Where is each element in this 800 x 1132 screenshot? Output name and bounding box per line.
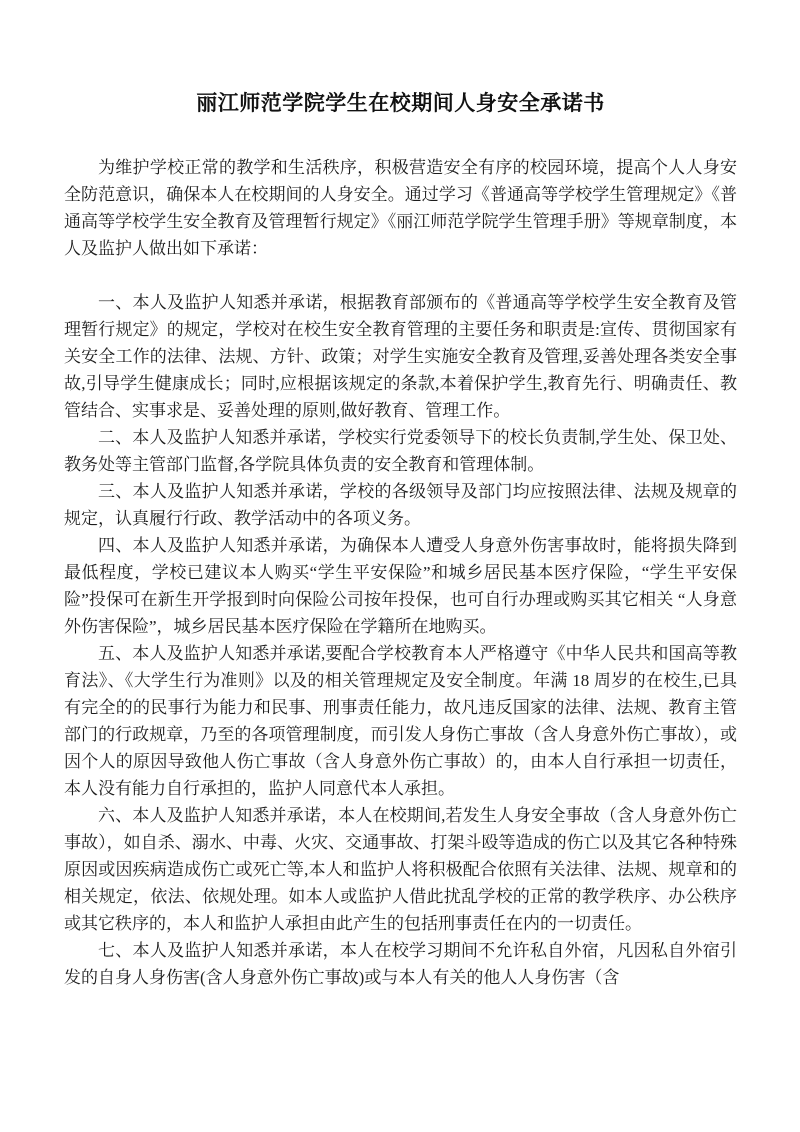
document-content: 丽江师范学院学生在校期间人身安全承诺书 为维护学校正常的教学和生活秩序，积极营造… [64, 88, 737, 991]
commitment-item-3: 三、本人及监护人知悉并承诺，学校的各级领导及部门均应按照法律、法规及规章的规定，… [64, 478, 737, 532]
commitment-item-4: 四、本人及监护人知悉并承诺，为确保本人遭受人身意外伤害事故时，能将损失降到最低程… [64, 532, 737, 640]
document-title: 丽江师范学院学生在校期间人身安全承诺书 [64, 88, 737, 118]
commitment-item-1: 一、本人及监护人知悉并承诺，根据教育部颁布的《普通高等学校学生安全教育及管理暂行… [64, 289, 737, 424]
commitment-item-7: 七、本人及监护人知悉并承诺，本人在校学习期间不允许私自外宿，凡因私自外宿引发的自… [64, 937, 737, 991]
paragraph-intro: 为维护学校正常的教学和生活秩序，积极营造安全有序的校园环境，提高个人人身安全防范… [64, 154, 737, 262]
commitment-item-5: 五、本人及监护人知悉并承诺,要配合学校教育本人严格遵守《中华人民共和国高等教育法… [64, 640, 737, 802]
commitment-item-2: 二、本人及监护人知悉并承诺，学校实行党委领导下的校长负责制,学生处、保卫处、教务… [64, 424, 737, 478]
document-page: 丽江师范学院学生在校期间人身安全承诺书 为维护学校正常的教学和生活秩序，积极营造… [0, 0, 800, 1132]
commitment-item-6: 六、本人及监护人知悉并承诺，本人在校期间,若发生人身安全事故（含人身意外伤亡事故… [64, 802, 737, 937]
